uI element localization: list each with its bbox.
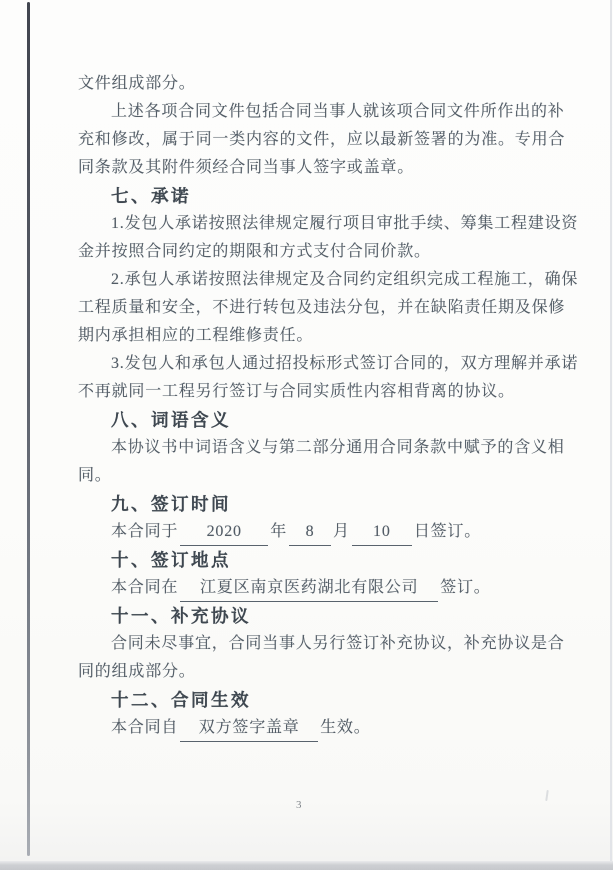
text-line: 本合同于2020年8月10日签订。 [78, 518, 550, 546]
fill-in-blank: 8 [289, 519, 331, 546]
faint-pencil-mark [545, 790, 549, 801]
page-right-edge [610, 0, 612, 870]
text-line: 文件组成部分。 [78, 70, 550, 98]
text-line: 同的组成部分。 [78, 658, 550, 686]
text-line: 工程质量和安全，不进行转包及违法分包，并在缺陷责任期及保修 [78, 294, 550, 322]
fill-in-blank: 2020 [180, 519, 268, 546]
text-line: 不再就同一工程另行签订与合同实质性内容相背离的协议。 [78, 378, 550, 406]
fill-in-blank: 双方签字盖章 [180, 715, 318, 742]
page-bottom-edge [0, 861, 613, 870]
text-line: 金并按照合同约定的期限和方式支付合同价款。 [78, 238, 550, 266]
document-body: 文件组成部分。上述各项合同文件包括合同当事人就该项合同文件所作出的补充和修改，属… [78, 70, 550, 742]
section-heading: 十、签订地点 [78, 546, 550, 574]
text-segment: 生效。 [320, 719, 370, 736]
page-number: 3 [296, 799, 303, 811]
section-heading: 十二、合同生效 [78, 686, 550, 714]
text-line: 本协议书中词语含义与第二部分通用合同条款中赋予的含义相 [78, 434, 550, 462]
text-line: 3.发包人和承包人通过招投标形式签订合同的，双方理解并承诺 [78, 350, 550, 378]
text-line: 同。 [78, 462, 550, 490]
text-line: 1.发包人承诺按照法律规定履行项目审批手续、筹集工程建设资 [78, 210, 550, 238]
text-line: 期内承担相应的工程维修责任。 [78, 322, 550, 350]
section-heading: 十一、补充协议 [78, 602, 550, 630]
section-heading: 九、签订时间 [78, 490, 550, 518]
text-line: 2.承包人承诺按照法律规定及合同约定组织完成工程施工，确保 [78, 266, 550, 294]
text-segment: 本合同自 [111, 719, 178, 736]
text-line: 充和修改，属于同一类内容的文件，应以最新签署的为准。专用合 [78, 126, 550, 154]
text-line: 本合同在江夏区南京医药湖北有限公司签订。 [78, 574, 550, 602]
text-segment: 本合同在 [111, 579, 178, 596]
text-segment: 签订。 [440, 579, 490, 596]
text-segment: 月 [333, 523, 350, 540]
fill-in-blank: 10 [352, 519, 412, 546]
text-line: 合同未尽事宜，合同当事人另行签订补充协议，补充协议是合 [78, 630, 550, 658]
text-segment: 年 [270, 523, 287, 540]
text-line: 本合同自双方签字盖章生效。 [78, 714, 550, 742]
fill-in-blank: 江夏区南京医药湖北有限公司 [180, 575, 438, 602]
text-segment: 本合同于 [111, 523, 178, 540]
scanned-contract-page: 文件组成部分。上述各项合同文件包括合同当事人就该项合同文件所作出的补充和修改，属… [0, 0, 613, 870]
text-line: 上述各项合同文件包括合同当事人就该项合同文件所作出的补 [78, 98, 550, 126]
text-line: 同条款及其附件须经合同当事人签字或盖章。 [78, 154, 550, 182]
section-heading: 七、承诺 [78, 182, 550, 210]
binding-fold-line [27, 2, 30, 856]
section-heading: 八、词语含义 [78, 406, 550, 434]
text-segment: 日签订。 [414, 523, 481, 540]
